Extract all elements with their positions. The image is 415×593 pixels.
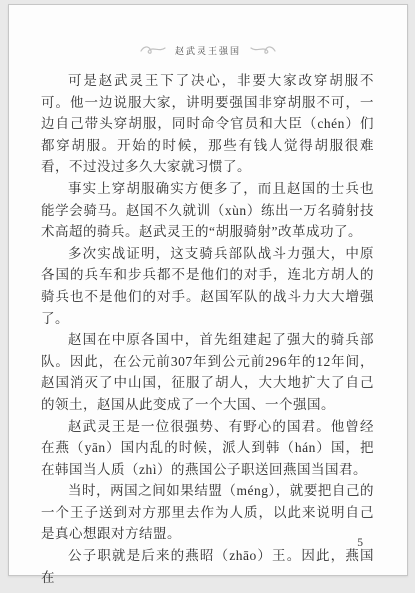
paragraph-3: 多次实战证明，这支骑兵部队战斗力强大，中原各国的兵车和步兵都不是他们的对手，连北…	[41, 243, 374, 329]
running-header: 赵武灵王强国	[9, 43, 407, 57]
flourish-right-icon	[250, 45, 276, 55]
body-text: 可是赵武灵王下了决心，非要大家改穿胡服不可。他一边说服大家，讲明要强国非穿胡服不…	[9, 70, 407, 588]
chapter-title: 赵武灵王强国	[175, 44, 241, 57]
paragraph-6: 当时，两国之间如果结盟（méng），就要把自己的一个王子送到对方那里去作为人质，…	[41, 480, 374, 545]
paragraph-4: 赵国在中原各国中，首先组建起了强大的骑兵部队。因此，在公元前307年到公元前29…	[41, 329, 374, 415]
paragraph-2: 事实上穿胡服确实方便多了，而且赵国的士兵也能学会骑马。赵国不久就训（xùn）练出…	[41, 178, 374, 243]
paragraph-7: 公子职就是后来的燕昭（zhāo）王。因此，燕国在	[41, 545, 374, 588]
book-page: 赵武灵王强国 可是赵武灵王下了决心，非要大家改穿胡服不可。他一边说服大家，讲明要…	[8, 4, 408, 576]
page-number: 5	[357, 537, 363, 549]
paragraph-5: 赵武灵王是一位很强势、有野心的国君。他曾经在燕（yān）国内乱的时候，派人到韩（…	[41, 416, 374, 481]
book-page-scan: { "header": { "title": "赵武灵王强国" }, "icon…	[0, 0, 415, 593]
paragraph-1: 可是赵武灵王下了决心，非要大家改穿胡服不可。他一边说服大家，讲明要强国非穿胡服不…	[41, 70, 374, 178]
flourish-left-icon	[140, 45, 166, 55]
